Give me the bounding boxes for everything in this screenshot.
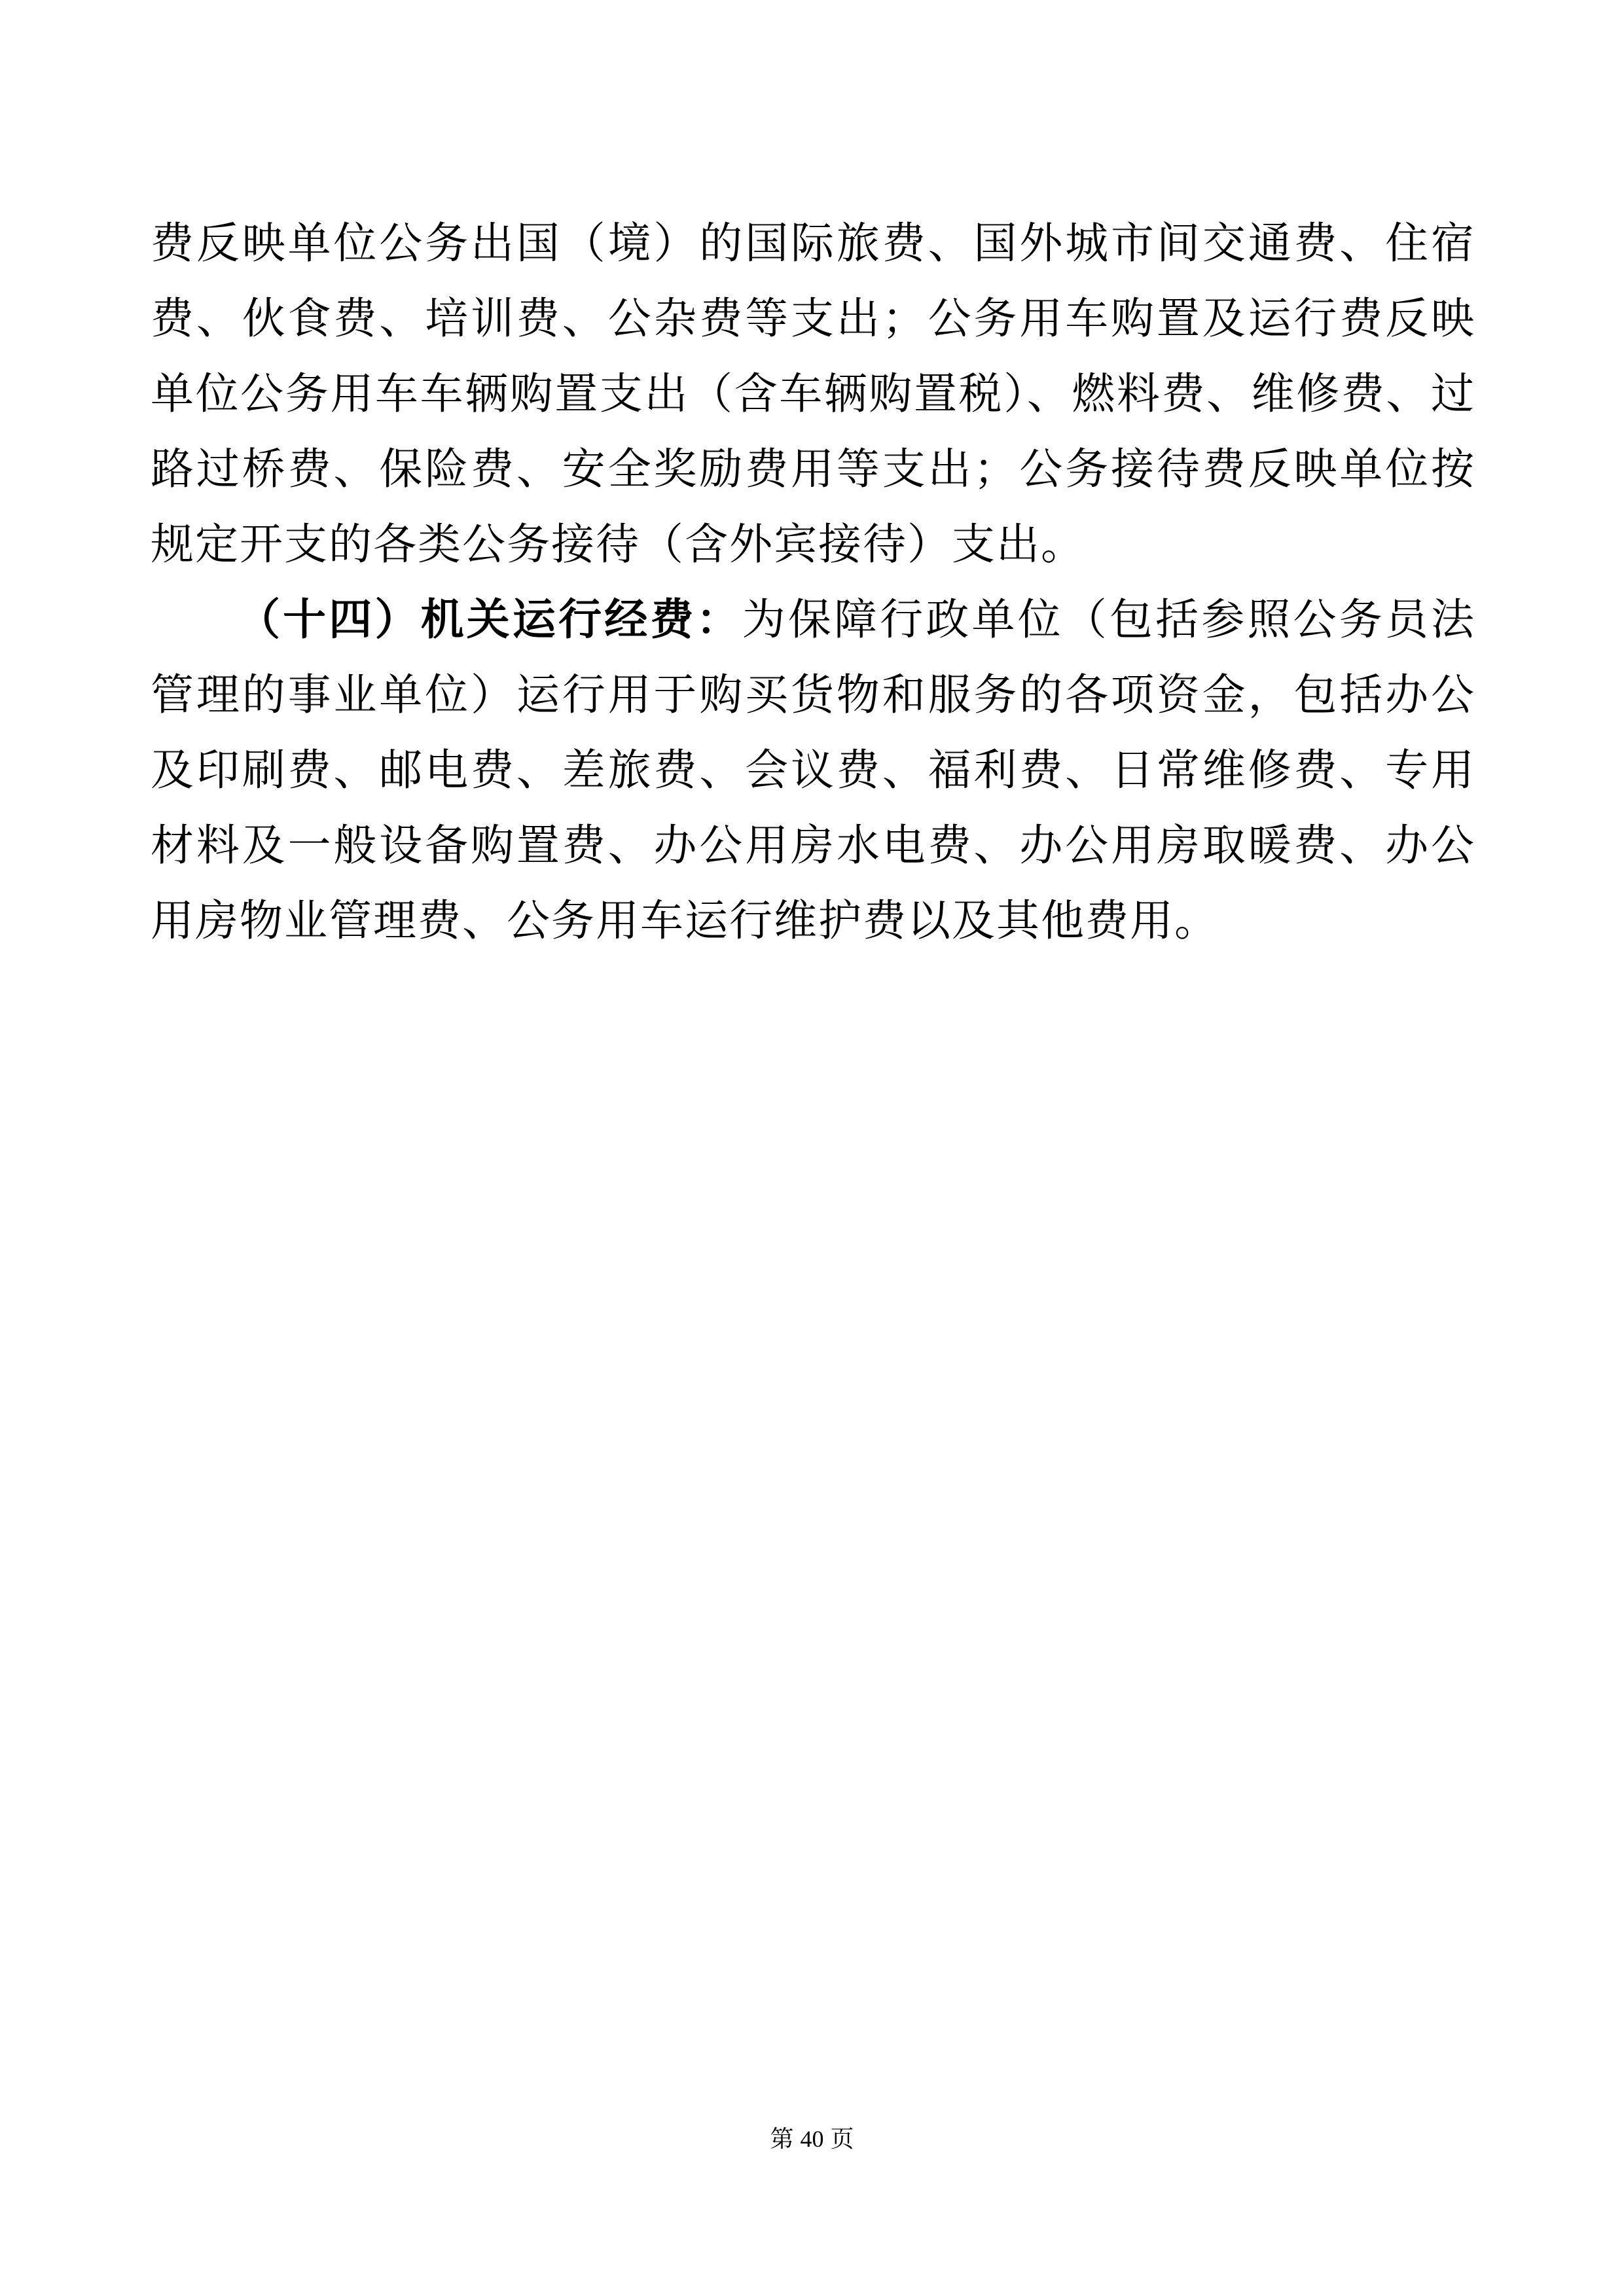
paragraph-text: 为保障行政单位（包括参照公务员法管理的事业单位）运行用于购买货物和服务的各项资金… (151, 596, 1475, 945)
paragraph-agency-operating-funds: （十四）机关运行经费：为保障行政单位（包括参照公务员法管理的事业单位）运行用于购… (151, 583, 1475, 959)
footer-page-number: 40 (794, 2126, 831, 2152)
footer-suffix: 页 (831, 2126, 854, 2152)
page-body: 费反映单位公务出国（境）的国际旅费、国外城市间交通费、住宿费、伙食费、培训费、公… (151, 206, 1475, 959)
page-footer: 第40页 (0, 2122, 1624, 2156)
paragraph-expense-definitions: 费反映单位公务出国（境）的国际旅费、国外城市间交通费、住宿费、伙食费、培训费、公… (151, 206, 1475, 583)
paragraph-text: 费反映单位公务出国（境）的国际旅费、国外城市间交通费、住宿费、伙食费、培训费、公… (151, 220, 1475, 569)
paragraph-bold-lead: （十四）机关运行经费： (237, 596, 742, 644)
footer-prefix: 第 (770, 2126, 793, 2152)
document-page: 费反映单位公务出国（境）的国际旅费、国外城市间交通费、住宿费、伙食费、培训费、公… (0, 0, 1624, 2296)
